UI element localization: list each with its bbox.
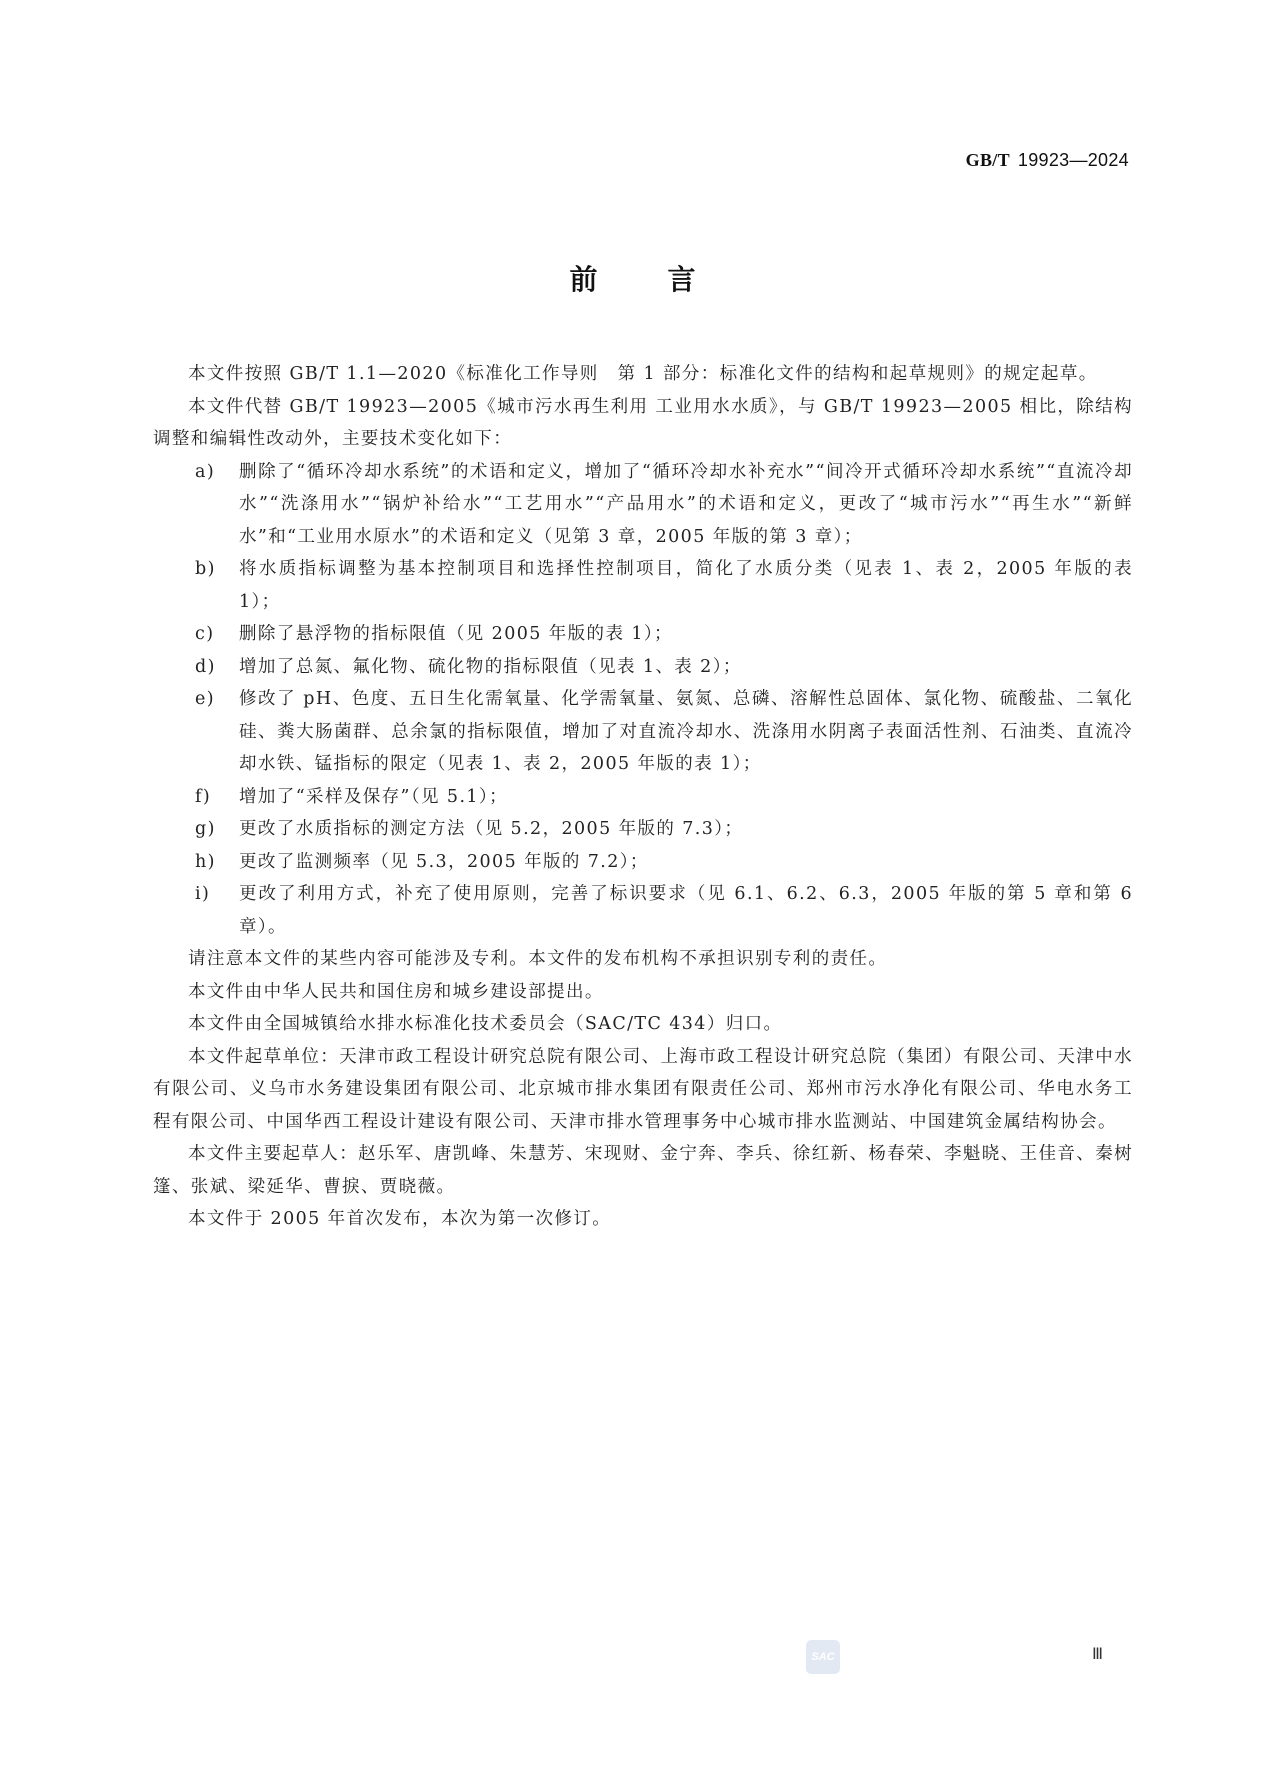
list-text: 更改了利用方式，补充了使用原则，完善了标识要求（见 6.1、6.2、6.3，20… [239,878,1133,943]
standard-code: GB/T19923—2024 [966,150,1129,171]
list-item: f)增加了“采样及保存”（见 5.1）； [153,781,1133,814]
list-text: 更改了水质指标的测定方法（见 5.2，2005 年版的 7.3）； [239,813,1133,846]
list-item: a)删除了“循环冷却水系统”的术语和定义，增加了“循环冷却水补充水”“间冷开式循… [153,456,1133,554]
paragraph-drafters: 本文件主要起草人：赵乐军、唐凯峰、朱慧芳、宋现财、金宁奔、李兵、徐红新、杨春荣、… [153,1138,1133,1203]
foreword-body: 本文件按照 GB/T 1.1—2020《标准化工作导则 第 1 部分：标准化文件… [153,358,1133,1236]
list-text: 增加了总氮、氟化物、硫化物的指标限值（见表 1、表 2）； [239,651,1133,684]
list-item: b)将水质指标调整为基本控制项目和选择性控制项目，简化了水质分类（见表 1、表 … [153,553,1133,618]
list-text: 删除了“循环冷却水系统”的术语和定义，增加了“循环冷却水补充水”“间冷开式循环冷… [239,456,1133,554]
list-item: i)更改了利用方式，补充了使用原则，完善了标识要求（见 6.1、6.2、6.3，… [153,878,1133,943]
list-text: 将水质指标调整为基本控制项目和选择性控制项目，简化了水质分类（见表 1、表 2，… [239,553,1133,618]
list-text: 删除了悬浮物的指标限值（见 2005 年版的表 1）； [239,618,1133,651]
changes-list: a)删除了“循环冷却水系统”的术语和定义，增加了“循环冷却水补充水”“间冷开式循… [153,456,1133,944]
paragraph-drafting-rules: 本文件按照 GB/T 1.1—2020《标准化工作导则 第 1 部分：标准化文件… [153,358,1133,391]
list-marker: g) [153,813,239,846]
standard-prefix: GB/T [966,150,1010,170]
list-item: d)增加了总氮、氟化物、硫化物的指标限值（见表 1、表 2）； [153,651,1133,684]
list-item: c)删除了悬浮物的指标限值（见 2005 年版的表 1）； [153,618,1133,651]
list-marker: d) [153,651,239,684]
page-title: 前言 [0,258,1265,298]
list-text: 修改了 pH、色度、五日生化需氧量、化学需氧量、氨氮、总磷、溶解性总固体、氯化物… [239,683,1133,781]
list-marker: c) [153,618,239,651]
paragraph-proposer: 本文件由中华人民共和国住房和城乡建设部提出。 [153,976,1133,1009]
paragraph-drafting-units: 本文件起草单位：天津市政工程设计研究总院有限公司、上海市政工程设计研究总院（集团… [153,1041,1133,1139]
paragraph-replacement: 本文件代替 GB/T 19923—2005《城市污水再生利用 工业用水水质》，与… [153,391,1133,456]
list-marker: f) [153,781,239,814]
list-marker: e) [153,683,239,781]
list-item: g)更改了水质指标的测定方法（见 5.2，2005 年版的 7.3）； [153,813,1133,846]
list-text: 更改了监测频率（见 5.3，2005 年版的 7.2）； [239,846,1133,879]
title-char-1: 前 [569,258,597,298]
list-item: h)更改了监测频率（见 5.3，2005 年版的 7.2）； [153,846,1133,879]
list-marker: b) [153,553,239,618]
sac-logo-icon: SAC [806,1640,840,1674]
list-marker: h) [153,846,239,879]
standard-number: 19923—2024 [1018,150,1129,170]
paragraph-patent-notice: 请注意本文件的某些内容可能涉及专利。本文件的发布机构不承担识别专利的责任。 [153,943,1133,976]
paragraph-history: 本文件于 2005 年首次发布，本次为第一次修订。 [153,1203,1133,1236]
page-number: Ⅲ [1092,1644,1103,1664]
title-char-2: 言 [668,258,696,298]
list-item: e)修改了 pH、色度、五日生化需氧量、化学需氧量、氨氮、总磷、溶解性总固体、氯… [153,683,1133,781]
paragraph-committee: 本文件由全国城镇给水排水标准化技术委员会（SAC/TC 434）归口。 [153,1008,1133,1041]
list-text: 增加了“采样及保存”（见 5.1）； [239,781,1133,814]
list-marker: i) [153,878,239,943]
list-marker: a) [153,456,239,554]
